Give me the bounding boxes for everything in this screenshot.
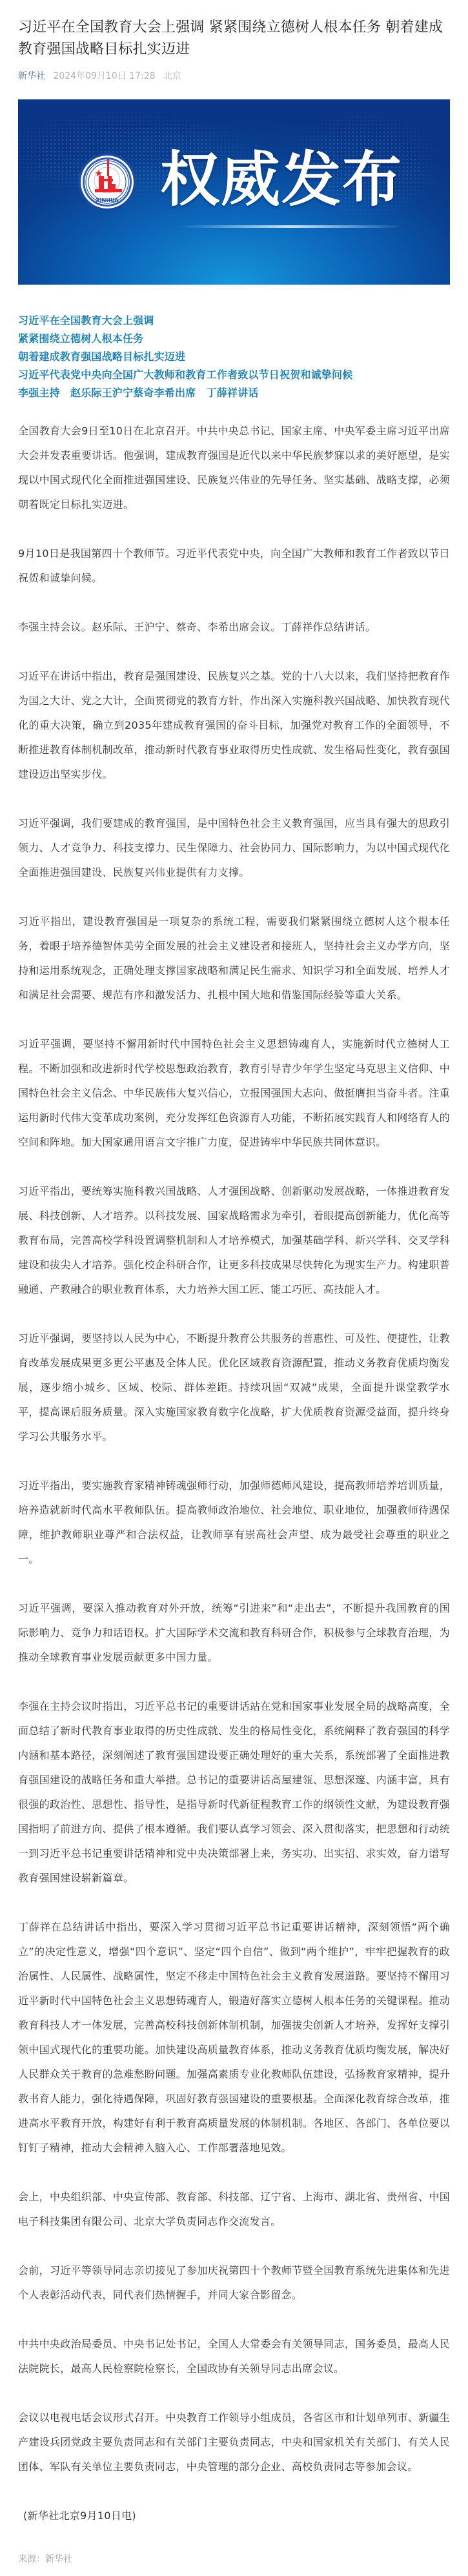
banner-headline: 权威发布 [160, 145, 403, 216]
footer-source: 来源：新华社 [18, 2553, 450, 2576]
subheadline: 习近平代表党中央向全国广大教师和教育工作者致以节日祝贺和诚挚问候 [18, 366, 450, 384]
paragraph: 习近平指出，要实施教育家精神铸魂强师行动，加强师德师风建设，提高教师培养培训质量… [18, 1474, 450, 1572]
dateline: (新华社北京9月10日电) [18, 2504, 450, 2528]
subheadline: 习近平在全国教育大会上强调 [18, 312, 450, 330]
subheadline: 李强主持 赵乐际王沪宁蔡奇李希出席 丁薛祥讲话 [18, 384, 450, 402]
xinhua-logo-icon: XINHUA [78, 153, 136, 211]
paragraph: 全国教育大会9日至10日在北京召开。中共中央总书记、国家主席、中央军委主席习近平… [18, 419, 450, 517]
subheadline-list: 习近平在全国教育大会上强调 紧紧围绕立德树人根本任务 朝着建成教育强国战略目标扎… [18, 312, 450, 402]
paragraph: 习近平指出，建设教育强国是一项复杂的系统工程，需要我们紧紧围绕立德树人这个根本任… [18, 909, 450, 1008]
paragraph: 9月10日是我国第四十个教师节。习近平代表党中央，向全国广大教师和教育工作者致以… [18, 542, 450, 591]
publish-time: 2024年09月10日 17:28 [53, 71, 155, 81]
subheadline: 紧紧围绕立德树人根本任务 [18, 330, 450, 348]
banner-image: XINHUA 权威发布 [18, 99, 450, 285]
banner-underline-glow [179, 225, 402, 228]
article-title: 习近平在全国教育大会上强调 紧紧围绕立德树人根本任务 朝着建成教育强国战略目标扎… [18, 0, 450, 61]
paragraph: 习近平强调，要坚持以人民为中心，不断提升教育公共服务的普惠性、可及性、便捷性，让… [18, 1326, 450, 1449]
paragraph: 李强主持会议。赵乐际、王沪宁、蔡奇、李希出席会议。丁薛祥作总结讲话。 [18, 615, 450, 640]
article-body: 全国教育大会9日至10日在北京召开。中共中央总书记、国家主席、中央军委主席习近平… [18, 419, 450, 2528]
paragraph: 会议以电视电话会议形式召开。中央教育工作领导小组成员，各省区市和计划单列市、新疆… [18, 2406, 450, 2479]
paragraph: 习近平强调，要坚持不懈用新时代中国特色社会主义思想铸魂育人，实施新时代立德树人工… [18, 1032, 450, 1155]
subheadline: 朝着建成教育强国战略目标扎实迈进 [18, 348, 450, 366]
paragraph: 李强在主持会议时指出，习近平总书记的重要讲话站在党和国家事业发展全局的战略高度，… [18, 1694, 450, 1891]
article-page: 习近平在全国教育大会上强调 紧紧围绕立德树人根本任务 朝着建成教育强国战略目标扎… [0, 0, 468, 2576]
paragraph: 习近平强调，要深入推动教育对外开放，统筹“引进来”和“走出去”，不断提升我国教育… [18, 1596, 450, 1670]
publish-location: 北京 [163, 71, 181, 81]
paragraph: 会前，习近平等领导同志亲切接见了参加庆祝第四十个教师节暨全国教育系统先进集体和先… [18, 2258, 450, 2307]
article-meta: 新华社 2024年09月10日 17:28 北京 [18, 70, 450, 83]
paragraph: 丁薛祥在总结讲话中指出，要深入学习贯彻习近平总书记重要讲话精神，深刻领悟“两个确… [18, 1915, 450, 2160]
paragraph: 习近平在讲话中指出，教育是强国建设、民族复兴之基。党的十八大以来，我们坚持把教育… [18, 664, 450, 787]
paragraph: 会上，中央组织部、中央宣传部、教育部、科技部、辽宁省、上海市、湖北省、贵州省、中… [18, 2185, 450, 2234]
source-link[interactable]: 新华社 [18, 71, 45, 81]
paragraph: 中共中央政治局委员、中央书记处书记，全国人大常委会有关领导同志，国务委员，最高人… [18, 2332, 450, 2381]
paragraph: 习近平指出，要统筹实施科教兴国战略、人才强国战略、创新驱动发展战略，一体推进教育… [18, 1179, 450, 1302]
svg-text:XINHUA: XINHUA [96, 198, 119, 203]
paragraph: 习近平强调，我们要建成的教育强国，是中国特色社会主义教育强国，应当具有强大的思政… [18, 811, 450, 885]
